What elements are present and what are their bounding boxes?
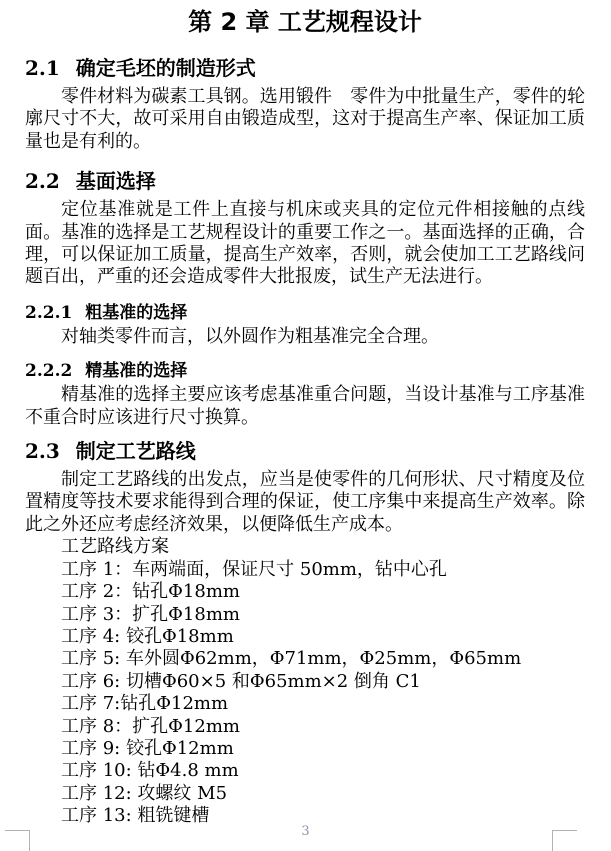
route-step-3: 工序 3：扩孔Φ18mm: [25, 604, 585, 626]
section-heading-2-1: 2.1 确定毛坯的制造形式: [25, 56, 585, 80]
route-step-2: 工序 2：钻孔Φ18mm: [25, 581, 585, 603]
crop-mark-bottom-left-vertical: [29, 830, 30, 851]
section-2-3-paragraph: 制定工艺路线的出发点，应当是使零件的几何形状、尺寸精度及位置精度等技术要求能得到…: [25, 469, 585, 536]
section-heading-2-3: 2.3 制定工艺路线: [25, 439, 585, 463]
section-number: 2.3: [25, 439, 60, 463]
section-2-2-paragraph: 定位基准就是工件上直接与机床或夹具的定位元件相接触的点线面。基准的选择是工艺规程…: [25, 199, 585, 289]
route-step-7: 工序 7:钻孔Φ12mm: [25, 693, 585, 715]
section-title: 基面选择: [76, 169, 156, 193]
section-heading-2-2-2: 2.2.2 精基准的选择: [25, 360, 585, 382]
chapter-title: 第 2 章 工艺规程设计: [25, 6, 585, 38]
crop-mark-bottom-right-vertical: [552, 830, 553, 851]
section-number: 2.1: [25, 56, 60, 80]
section-number: 2.2: [25, 169, 60, 193]
route-step-8: 工序 8：扩孔Φ12mm: [25, 716, 585, 738]
page-footer: 3: [0, 820, 611, 840]
route-step-5: 工序 5: 车外圆Φ62mm，Φ71mm，Φ25mm，Φ65mm: [25, 648, 585, 670]
section-2-2-2-paragraph: 精基准的选择主要应该考虑基准重合问题，当设计基准与工序基准不重合时应该进行尺寸换…: [25, 384, 585, 429]
section-title: 粗基准的选择: [85, 303, 187, 323]
route-step-4: 工序 4: 铰孔Φ18mm: [25, 626, 585, 648]
route-step-1: 工序 1：车两端面，保证尺寸 50mm，钻中心孔: [25, 559, 585, 581]
section-heading-2-2: 2.2 基面选择: [25, 169, 585, 193]
process-route-list: 工艺路线方案 工序 1：车两端面，保证尺寸 50mm，钻中心孔 工序 2：钻孔Φ…: [25, 536, 585, 827]
route-plan-label: 工艺路线方案: [25, 536, 585, 558]
route-step-10: 工序 10: 钻Φ4.8 mm: [25, 760, 585, 782]
section-number: 2.2.2: [25, 361, 72, 381]
section-2-1-paragraph: 零件材料为碳素工具钢。选用锻件 零件为中批量生产，零件的轮廓尺寸不大，故可采用自…: [25, 86, 585, 153]
section-heading-2-2-1: 2.2.1 粗基准的选择: [25, 302, 585, 324]
section-2-2-1-paragraph: 对轴类零件而言，以外圆作为粗基准完全合理。: [25, 326, 585, 348]
section-title: 确定毛坯的制造形式: [76, 56, 256, 80]
crop-mark-bottom-left-horizontal: [5, 830, 30, 831]
crop-mark-bottom-right-horizontal: [552, 830, 577, 831]
page-content: 第 2 章 工艺规程设计 2.1 确定毛坯的制造形式 零件材料为碳素工具钢。选用…: [0, 0, 611, 828]
document-page: 第 2 章 工艺规程设计 2.1 确定毛坯的制造形式 零件材料为碳素工具钢。选用…: [0, 0, 611, 851]
route-step-6: 工序 6: 切槽Φ60×5 和Φ65mm×2 倒角 C1: [25, 671, 585, 693]
section-title: 制定工艺路线: [76, 439, 196, 463]
route-step-9: 工序 9: 铰孔Φ12mm: [25, 738, 585, 760]
route-step-12: 工序 12: 攻螺纹 M5: [25, 783, 585, 805]
section-number: 2.2.1: [25, 303, 72, 323]
page-number: 3: [301, 824, 309, 839]
section-title: 精基准的选择: [85, 361, 187, 381]
